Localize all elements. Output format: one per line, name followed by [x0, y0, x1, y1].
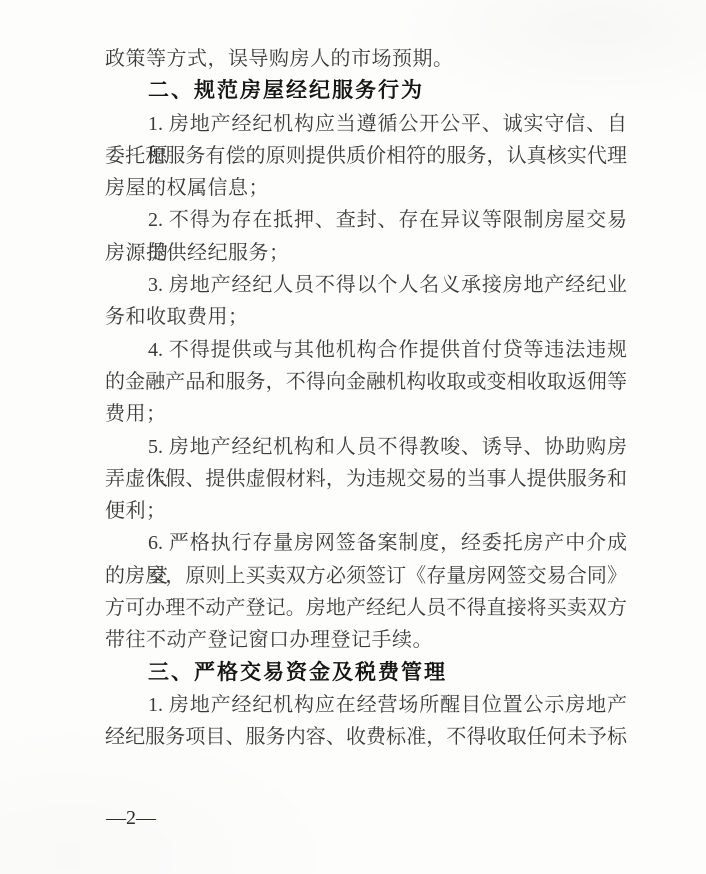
text-line: 6. 严格执行存量房网签备案制度，经委托房产中介成交: [105, 527, 627, 559]
page-number: —2—: [106, 805, 156, 831]
section-heading: 二、规范房屋经纪服务行为: [105, 75, 627, 107]
section-heading: 三、严格交易资金及税费管理: [105, 657, 627, 689]
text-line: 务和收取费用；: [105, 301, 627, 333]
text-line: 的房屋，原则上买卖双方必须签订《存量房网签交易合同》: [105, 560, 627, 592]
text-line: 方可办理不动产登记。房地产经纪人员不得直接将买卖双方: [105, 592, 627, 624]
text-line: 弄虚作假、提供虚假材料，为违规交易的当事人提供服务和: [105, 463, 627, 495]
text-line: 3. 房地产经纪人员不得以个人名义承接房地产经纪业: [105, 269, 627, 301]
text-line: 2. 不得为存在抵押、查封、存在异议等限制房屋交易的: [105, 204, 627, 236]
text-line: 便利；: [105, 495, 627, 527]
document-body: 政策等方式，误导购房人的市场预期。 二、规范房屋经纪服务行为 1. 房地产经纪机…: [105, 43, 627, 754]
text-line: 4. 不得提供或与其他机构合作提供首付贷等违法违规: [105, 334, 627, 366]
text-line: 1. 房地产经纪机构应在经营场所醒目位置公示房地产: [105, 689, 627, 721]
text-line: 带往不动产登记窗口办理登记手续。: [105, 624, 627, 656]
text-line: 房屋的权属信息；: [105, 172, 627, 204]
text-line: 政策等方式，误导购房人的市场预期。: [105, 43, 627, 75]
text-line: 房源提供经纪服务；: [105, 237, 627, 269]
text-line: 委托和服务有偿的原则提供质价相符的服务，认真核实代理: [105, 140, 627, 172]
text-line: 的金融产品和服务，不得向金融机构收取或变相收取返佣等: [105, 366, 627, 398]
text-line: 5. 房地产经纪机构和人员不得教唆、诱导、协助购房人: [105, 431, 627, 463]
document-page: 政策等方式，误导购房人的市场预期。 二、规范房屋经纪服务行为 1. 房地产经纪机…: [0, 0, 706, 874]
text-line: 费用；: [105, 398, 627, 430]
text-line: 1. 房地产经纪机构应当遵循公开公平、诚实守信、自愿: [105, 108, 627, 140]
text-line: 经纪服务项目、服务内容、收费标准，不得收取任何未予标: [105, 721, 627, 753]
